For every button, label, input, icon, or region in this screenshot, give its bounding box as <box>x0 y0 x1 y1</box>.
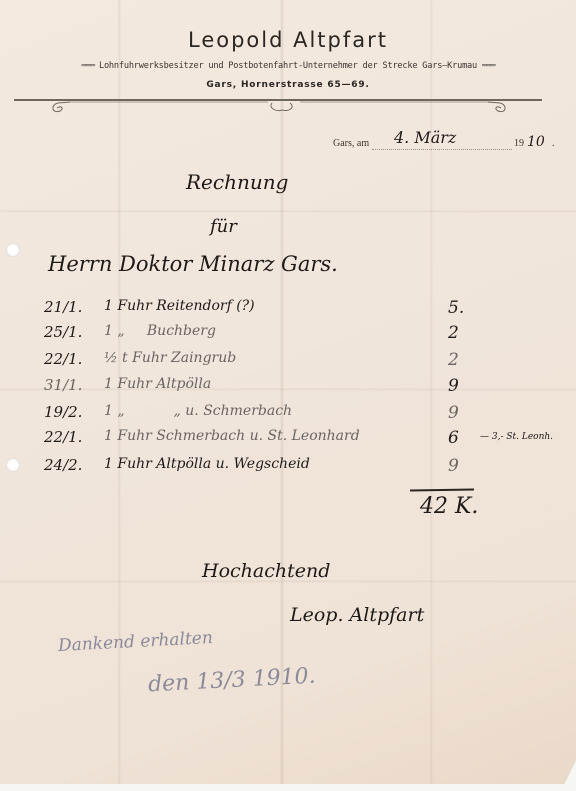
item-description: 1 Fuhr Schmerbach u. St. Leonhard <box>104 428 360 444</box>
date-year-printed: 19 <box>514 138 524 149</box>
item-amount: 6 <box>448 428 459 448</box>
line-item: 19/2. 1 „ „ u. Schmerbach 9 <box>0 403 576 427</box>
signature: Leop. Altpfart <box>290 604 424 626</box>
item-amount: 9 <box>448 376 459 396</box>
punch-hole-top <box>6 243 20 257</box>
line-item: 31/1. 1 Fuhr Altpölla 9 <box>0 376 576 400</box>
item-date: 21/1. <box>44 298 82 316</box>
divider-ornament-left: ═══ <box>81 61 94 71</box>
date-day-month: 4. März <box>394 128 456 147</box>
invoice-title: Rechnung <box>186 170 288 194</box>
item-date: 31/1. <box>44 376 82 394</box>
letterhead-address: Gars, Hornerstrasse 65—69. <box>0 80 576 90</box>
item-amount: 9 <box>448 456 459 476</box>
line-item: 21/1. 1 Fuhr Reitendorf (?) 5. <box>0 298 576 322</box>
invoice-recipient: Herrn Doktor Minarz Gars. <box>48 252 338 276</box>
line-item: 22/1. 1 Fuhr Schmerbach u. St. Leonhard … <box>0 428 576 452</box>
line-item: 22/1. ½ t Fuhr Zaingrub 2 <box>0 350 576 374</box>
item-description: ½ t Fuhr Zaingrub <box>104 350 236 366</box>
item-description: 1 Fuhr Altpölla u. Wegscheid <box>104 456 310 472</box>
item-date: 25/1. <box>44 323 82 341</box>
item-side-note: — 3,- St. Leonh. <box>480 432 553 442</box>
item-amount: 2 <box>448 323 459 343</box>
line-item: 25/1. 1 „ Buchberg 2 <box>0 323 576 347</box>
item-date: 24/2. <box>44 456 82 474</box>
divider-ornament-right: ═══ <box>482 61 495 71</box>
line-item: 24/2. 1 Fuhr Altpölla u. Wegscheid 9 <box>0 456 576 480</box>
invoice-for-label: für <box>210 216 237 237</box>
letterhead-name: Leopold Altpfart <box>0 28 576 52</box>
item-description: 1 „ „ u. Schmerbach <box>104 403 292 419</box>
item-date: 22/1. <box>44 428 82 446</box>
date-year-handwritten: 10 <box>527 134 545 150</box>
item-description: 1 Fuhr Altpölla <box>104 376 211 392</box>
item-description: 1 „ Buchberg <box>104 323 216 339</box>
date-prefix: Gars, am <box>333 138 369 149</box>
invoice-total: 42 K. <box>420 494 478 519</box>
item-date: 19/2. <box>44 403 82 421</box>
letterhead-subtitle-text: Lohnfuhrwerksbesitzer und Postbotenfahrt… <box>99 61 477 71</box>
date-suffix: . <box>552 138 555 149</box>
item-date: 22/1. <box>44 350 82 368</box>
flourish-ornament-icon <box>0 100 576 120</box>
item-amount: 5. <box>448 298 464 318</box>
letterhead-subtitle: ═══ Lohnfuhrwerksbesitzer und Postbotenf… <box>0 61 576 71</box>
closing-greeting: Hochachtend <box>202 560 330 582</box>
item-amount: 2 <box>448 350 459 370</box>
date-dotted-line <box>372 149 512 150</box>
item-description: 1 Fuhr Reitendorf (?) <box>104 298 255 314</box>
item-amount: 9 <box>448 403 459 423</box>
